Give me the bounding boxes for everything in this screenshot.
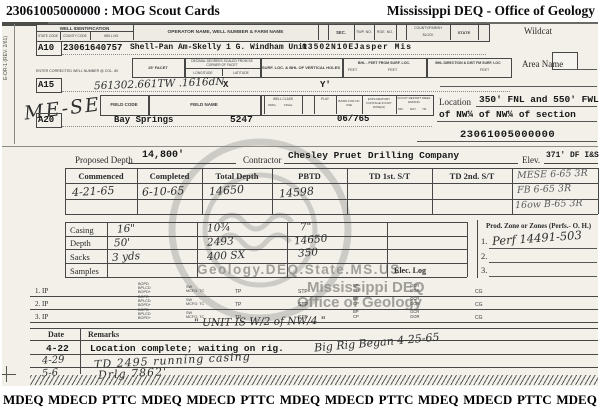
well-no-header: WELL NO. [90,32,133,39]
line-code-a10: A10 [38,43,54,53]
footer-token: MDECD [463,392,512,408]
ip-units-col1: BOPD BPLCD BOPD+ [138,308,151,320]
field-code-header: FIELD CODE [100,95,148,114]
rule [489,248,597,249]
completed-value: 6-10-65 [142,184,185,198]
elevation-label: Elev. [522,155,540,165]
rule [62,91,510,92]
area-name-label: Area Name [522,59,563,69]
gcr-gor-labels: GCR GOR [410,297,420,306]
strn-value: 03502N10E [302,43,354,52]
cg-label: CG [475,315,483,321]
bopd-plus-label: BOPD+ [138,303,151,307]
footer-token: PTTC [379,392,414,408]
rule [2,146,598,147]
mcfg-label: MCFG: TC [186,289,204,293]
scout-card-scan: E-OR-1 (REV. 2/61) Geology.DEQ.State.MS.… [2,22,598,386]
rule [302,95,303,114]
document-page: 23061005000000 : MOG Scout Cards Mississ… [0,0,600,412]
y-mark: Y' [320,80,331,90]
contractor-value: Chesley Pruet Drilling Company [288,150,459,161]
stp-label: STP [298,289,308,295]
rule [65,277,467,278]
completed-header: Completed [137,170,202,181]
feet-label-a: FEET [348,68,357,72]
twp-header: TWP. NO. [354,24,374,40]
stp-label: STP [298,302,308,308]
coords-handwriting: 561302.661TW .1616dN [94,76,225,93]
bopd-plus-label: BOPD+ [138,290,151,294]
rule [62,54,486,55]
operator-value: Shell-Pan Am-Skelly 1 G. Windham Unit [130,43,308,52]
x-mark: X [223,80,228,90]
agency-title: Mississippi DEQ - Office of Geology [387,3,595,19]
feet-label-c: FEET [480,68,489,72]
form-number-label: E-OR-1 (REV. 2/61) [3,36,9,80]
rule [197,222,198,277]
total-depth-value: 14650 [209,183,245,198]
footer-token: MDEQ [556,392,596,408]
pbtd-header: PBTD [272,170,347,181]
footer-token: MDEQ [418,392,458,408]
elec-log-label: Elec. Log [394,266,426,275]
rule [65,263,467,264]
well-id-value: 23061640757 [63,43,122,53]
state-code-header: STATE CODE [36,32,60,39]
line-code-a20: A20 [38,115,54,125]
week-ending-value: 06/765 [337,114,369,124]
rule [30,296,598,297]
ip-row-label: 3. IP [35,313,48,321]
footer-token: MDECD [325,392,374,408]
gor-label: GOR [410,302,420,307]
page-footer: MDEQ MDECD PTTC MDEQ MDECD PTTC MDEQ MDE… [0,389,600,411]
prod-zone-n1: 1. [481,236,487,246]
api-number: 23061005000000 [460,129,555,141]
ip-row-label: 1. IP [35,287,48,295]
day-header: DAY [410,107,416,111]
rule [387,222,388,277]
casing-sacks-1: 3 yds [112,250,141,264]
casing-label: Casing [70,225,94,235]
proposed-depth-label: Proposed Depth [75,155,133,165]
cg-label: CG [475,302,483,308]
county-state-value: Jasper Mis [354,43,412,52]
tp-label: TP [235,302,241,308]
card-fold-line [14,24,15,144]
rule [489,276,597,277]
bhl-dir-header: BHL DIRECTION & DIST FM SURF. LOC [426,59,510,67]
bp-cp-labels: BP CP [353,297,359,306]
ip-row-label: 2. IP [35,300,48,308]
mcfg-label: MCFG: TC [186,302,204,306]
depth-label: Depth [70,238,91,248]
rule [65,183,598,184]
prod-zone-n2: 2. [481,251,487,261]
footer-token: MDEQ [141,392,181,408]
orig-header: ORIG. [268,103,277,107]
rule [512,168,513,214]
note-handwriting-1: MESE 6-65 3R [517,168,588,181]
rge-header: RGE. NO. [374,24,396,40]
casing-size-2: 10¾ [207,221,231,234]
play-header: PLAY [314,96,336,102]
rule [62,126,432,127]
field-name-value: Bay Springs [114,115,173,125]
rule [598,168,599,214]
remark-date-2: 4-29 [42,354,65,366]
operator-name-header: OPERATOR NAME, WELL NUMBER & FARM NAME [133,24,318,40]
footer-token: PTTC [102,392,137,408]
facet-header: 25' FACET [132,58,184,76]
rule [544,163,598,164]
decimal-degrees-header: DECIMAL DEGREES SCALED FROM SE CORNER OF… [184,59,260,67]
rule [264,95,265,114]
casing-depth-2: 2493 [207,235,234,248]
gor-label: GOR [410,315,420,320]
bp-cp-labels: BP CP [353,284,359,293]
margin-note-handwriting: ME-SE [23,93,102,124]
county-code-header: COUNTY CODE [60,32,90,39]
rule [417,141,597,142]
rule [476,106,597,107]
rule [65,249,467,250]
rule [489,262,597,263]
td-2nd-header: TD 2nd. S/T [432,170,512,181]
rule [478,24,479,40]
final-header: FINAL [284,103,293,107]
block-header: BLOCK [406,31,450,39]
bp-cp-labels: BP CP [353,310,359,319]
rule [30,328,598,329]
yr-header: YR. [422,107,427,111]
proposed-depth-value: 14,800' [142,150,184,161]
ip-units-col2: SW MCFG: TC [186,298,204,307]
sacks-label: Sacks [70,252,90,262]
contractor-label: Contractor [243,155,282,165]
casing-size-3: 7" [300,221,312,234]
field-code-value: 5247 [230,114,253,125]
state-header: STATE [450,24,478,40]
gor-label: GOR [410,289,420,294]
rule [318,24,319,40]
hatched-edge [30,375,598,385]
casing-size-1: 16" [117,222,136,235]
rule [128,163,236,164]
rule [65,168,598,169]
note-handwriting-3: 16ow B-65 3R [515,198,583,211]
mo-header: MO. [398,107,404,111]
commenced-header: Commenced [65,170,137,181]
footage-header: EXPLORATORY FOOTAGE IN DRY ZONE(S) [362,96,396,110]
line-code-a15: A15 [38,80,54,90]
total-depth-header: Total Depth [202,170,272,181]
footer-token: MDEQ [280,392,320,408]
samples-label: Samples [70,266,99,276]
cp-label: CP [353,302,359,307]
sec-header: SEC. [328,24,354,40]
casing-sacks-3: 350 [298,246,319,260]
rule [30,309,598,310]
scout-report-header: SCOUT REPORT WEEK ENDING [396,96,432,104]
corrected-well-note: ENTER CORRECTED WELL NUMBER @ COL. 80 [36,69,118,73]
rule [287,222,288,277]
location-value-line2: of NW¼ of NW¼ of section [439,109,576,120]
bopd-plus-label: BOPD+ [138,316,151,320]
cp-label: CP [353,289,359,294]
tp-label: TP [235,289,241,295]
footer-token: MDEQ [3,392,43,408]
ip-units-col1: BOPD BPLCD BOPD+ [138,282,151,294]
rule [477,220,478,278]
feet-label-b: FEET [388,68,397,72]
bhl-feet-header: BHL - FEET FROM SURF. LOC. [342,59,426,67]
note-handwriting-2: FB 6-65 3R [517,183,572,196]
location-value-line1: 350' FNL and 550' FWL [479,94,599,105]
td-1st-header: TD 1st. S/T [347,170,432,181]
corner-mark [2,374,16,375]
document-title: 23061005000000 : MOG Scout Cards [6,3,220,19]
surf-loc-header: SURF. LOC. & BHL OF VERTICAL HOLES [260,58,342,76]
footer-token: MDECD [187,392,236,408]
cg-label: CG [475,289,483,295]
rule [396,24,397,40]
elevation-value: 371' DF I&S [546,151,599,160]
basin-header: BASIN FOR NC USE [336,96,362,110]
rule [467,222,468,277]
rule [437,121,597,122]
casing-sacks-2: 400 SX [207,249,246,263]
rule [440,86,597,87]
ip-units-col2: SW MCFG: TC [186,285,204,294]
field-name-header: FIELD NAME [148,95,260,114]
rule [65,222,66,277]
rule [30,354,598,355]
footer-token: MDECD [48,392,97,408]
prod-zone-n3: 3. [481,265,487,275]
longitude-header: LONGITUDE [184,69,222,76]
footer-token: PTTC [517,392,552,408]
unit-note-handwriting: " UNIT IS W/2 of NW/4 " [194,315,326,329]
footer-token: PTTC [240,392,275,408]
latitude-header: LATITUDE [222,69,260,76]
cp-label: CP [353,315,359,320]
ip-units-col1: BOPD BPLCD BOPD+ [138,295,151,307]
page-header: 23061005000000 : MOG Scout Cards Mississ… [0,0,600,22]
rule [107,222,108,277]
gcr-gor-labels: GCR GOR [410,284,420,293]
commenced-value: 4-21-65 [72,184,115,199]
location-label: Location [439,97,471,107]
remark-date-1: 4-22 [46,343,69,354]
well-class-header: WELL CLASS [266,96,300,102]
watermark-url: Geology.DEQ.State.MS.US [197,262,401,277]
remark-handwriting-1: Big Rig Began 4-25-65 [314,331,440,355]
rule [284,163,518,164]
rule [65,214,598,215]
date-column-header: Date [48,330,64,339]
wildcat-label: Wildcat [524,26,552,36]
remarks-column-header: Remarks [88,330,119,339]
gcr-gor-labels: GCR GOR [410,310,420,319]
rule [560,69,597,70]
casing-depth-1: 50' [114,237,131,250]
